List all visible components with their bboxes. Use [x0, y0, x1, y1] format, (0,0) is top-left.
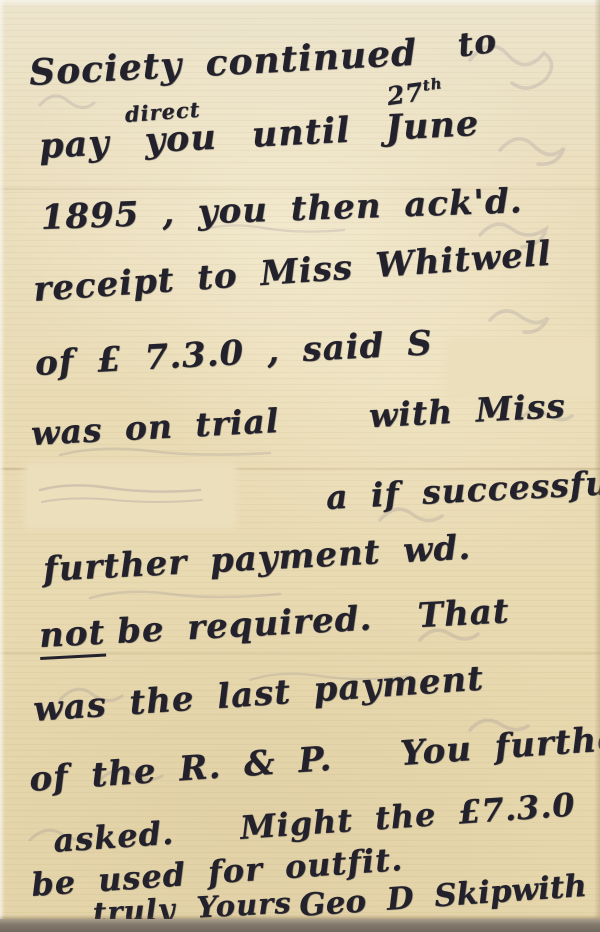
- letter-line: of the R. & P. You further: [28, 717, 600, 799]
- letter-line: notbe required. That: [38, 591, 510, 656]
- letter-page: Society continued to direct 27th pay you…: [0, 0, 600, 932]
- underlined-word: not: [38, 613, 106, 660]
- letter-line-raised-to: to: [455, 21, 499, 65]
- letter-line-rest: be required. That: [116, 591, 510, 652]
- date-suffix: th: [421, 74, 443, 95]
- letter-line: receipt to Miss Whitwell: [32, 234, 553, 310]
- letter-line: was on trial with Miss: [30, 386, 567, 453]
- letter-line: further payment wd.: [42, 528, 472, 590]
- redaction-patch: [28, 466, 233, 526]
- letter-line: Society continued: [28, 32, 418, 94]
- letter-line: was the last payment: [32, 659, 485, 730]
- letter-line: pay you until June: [38, 103, 480, 167]
- scan-edge-top: [0, 0, 600, 7]
- letter-line: 1895 , you then ack'd.: [40, 181, 523, 238]
- letter-line: a if successful: [325, 462, 600, 517]
- letter-line: of £ 7.3.0 , said S: [34, 323, 434, 384]
- scan-edge-left: [0, 0, 5, 932]
